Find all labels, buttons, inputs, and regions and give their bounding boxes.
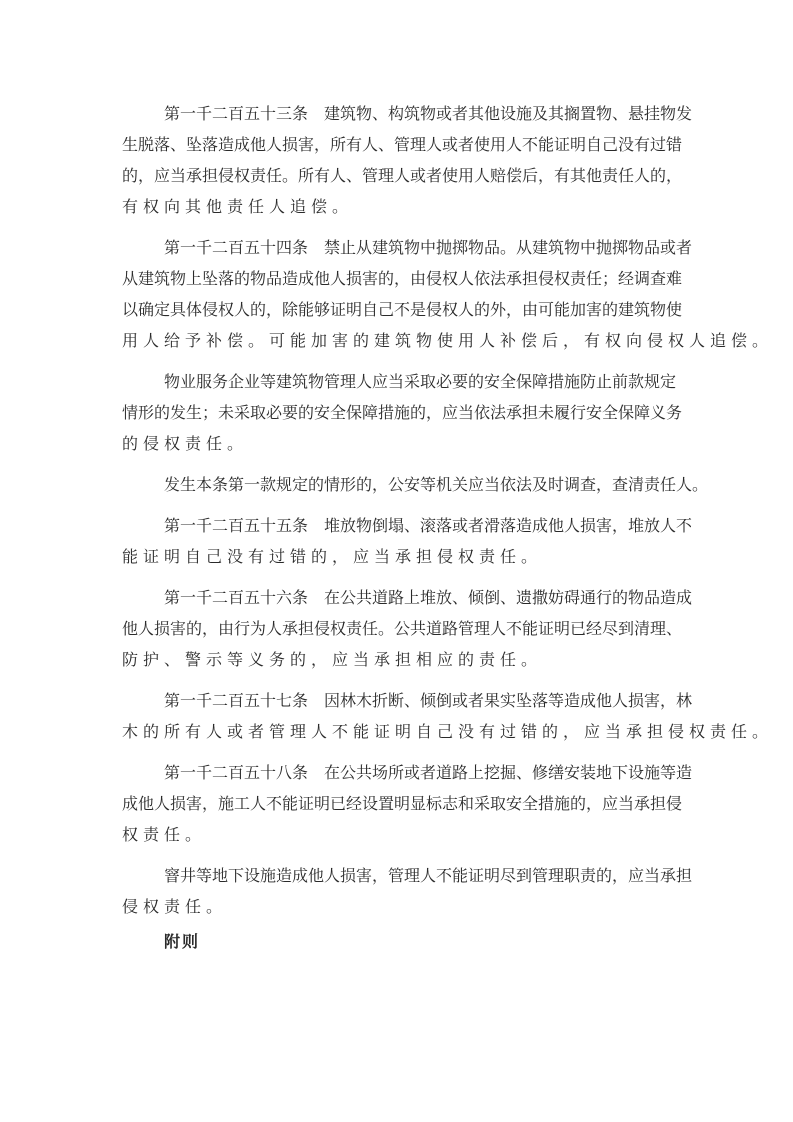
paragraph-line: 第一千二百五十五条 堆放物倒塌、滚落或者滑落造成他人损害，堆放人不: [164, 515, 672, 537]
paragraph-line: 的，应当承担侵权责任。所有人、管理人或者使用人赔偿后，有其他责任人的，: [122, 165, 672, 187]
section-heading-appendix: 附则: [164, 931, 672, 953]
paragraph-line: 权责任。: [122, 824, 672, 846]
paragraph-line: 第一千二百五十六条 在公共道路上堆放、倾倒、遗撒妨碍通行的物品造成: [164, 587, 672, 609]
paragraph-line: 从建筑物上坠落的物品造成他人损害的，由侵权人依法承担侵权责任；经调查难: [122, 268, 672, 290]
paragraph-line: 成他人损害，施工人不能证明已经设置明显标志和采取安全措施的，应当承担侵: [122, 793, 672, 815]
paragraph-line: 用人给予补偿。可能加害的建筑物使用人补偿后，有权向侵权人追偿。: [122, 330, 672, 352]
paragraph-line: 物业服务企业等建筑物管理人应当采取必要的安全保障措施防止前款规定: [164, 371, 672, 393]
paragraph-line: 他人损害的，由行为人承担侵权责任。公共道路管理人不能证明已经尽到清理、: [122, 618, 672, 640]
document-page: 第一千二百五十三条 建筑物、构筑物或者其他设施及其搁置物、悬挂物发生脱落、坠落造…: [0, 0, 793, 1122]
paragraph-line: 木的所有人或者管理人不能证明自己没有过错的，应当承担侵权责任。: [122, 721, 672, 743]
paragraph-line: 第一千二百五十七条 因林木折断、倾倒或者果实坠落等造成他人损害，林: [164, 690, 672, 712]
paragraph-line: 第一千二百五十三条 建筑物、构筑物或者其他设施及其搁置物、悬挂物发: [164, 103, 672, 125]
paragraph-line: 侵权责任。: [122, 896, 672, 918]
paragraph-line: 防护、警示等义务的，应当承担相应的责任。: [122, 649, 672, 671]
paragraph-line: 第一千二百五十八条 在公共场所或者道路上挖掘、修缮安装地下设施等造: [164, 762, 672, 784]
paragraph-line: 生脱落、坠落造成他人损害，所有人、管理人或者使用人不能证明自己没有过错: [122, 134, 672, 156]
paragraph-line: 窨井等地下设施造成他人损害，管理人不能证明尽到管理职责的，应当承担: [164, 865, 672, 887]
paragraph-line: 情形的发生；未采取必要的安全保障措施的，应当依法承担未履行安全保障义务: [122, 402, 672, 424]
paragraph-line: 发生本条第一款规定的情形的，公安等机关应当依法及时调查，查清责任人。: [164, 474, 672, 496]
paragraph-line: 能证明自己没有过错的，应当承担侵权责任。: [122, 546, 672, 568]
paragraph-line: 以确定具体侵权人的，除能够证明自己不是侵权人的外，由可能加害的建筑物使: [122, 299, 672, 321]
paragraph-line: 的侵权责任。: [122, 433, 672, 455]
paragraph-line: 有权向其他责任人追偿。: [122, 196, 672, 218]
paragraph-line: 第一千二百五十四条 禁止从建筑物中抛掷物品。从建筑物中抛掷物品或者: [164, 237, 672, 259]
